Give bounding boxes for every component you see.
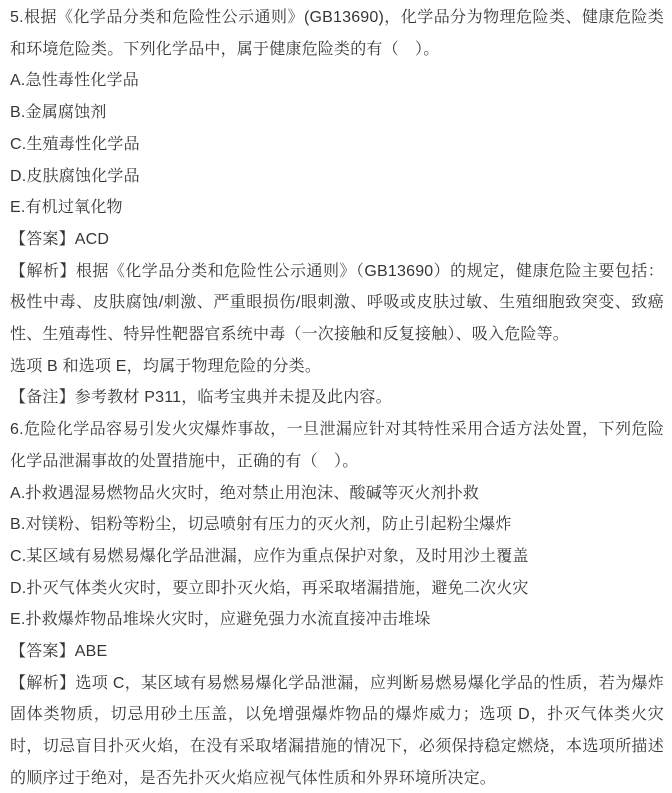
option-c: C.生殖毒性化学品: [10, 129, 664, 161]
option-a: A.急性毒性化学品: [10, 65, 664, 97]
answer-line: 【答案】ABE: [10, 636, 664, 668]
analysis-paragraph: 【解析】根据《化学品分类和危险性公示通则》（GB13690）的规定，健康危险主要…: [10, 256, 664, 351]
option-a: A.扑救遇湿易燃物品火灾时，绝对禁止用泡沫、酸碱等灭火剂扑救: [10, 478, 664, 510]
option-d: D.扑灭气体类火灾时，要立即扑灭火焰，再采取堵漏措施，避免二次火灾: [10, 573, 664, 605]
question-stem: 6.危险化学品容易引发火灾爆炸事故，一旦泄漏应针对其特性采用合适方法处置，下列危…: [10, 414, 664, 477]
analysis-paragraph: 【解析】选项 C，某区域有易燃易爆化学品泄漏，应判断易燃易爆化学品的性质，若为爆…: [10, 668, 664, 793]
question-block-6: 6.危险化学品容易引发火灾爆炸事故，一旦泄漏应针对其特性采用合适方法处置，下列危…: [10, 414, 664, 793]
option-b: B.对镁粉、铝粉等粉尘，切忌喷射有压力的灭火剂，防止引起粉尘爆炸: [10, 509, 664, 541]
option-d: D.皮肤腐蚀化学品: [10, 161, 664, 193]
question-block-5: 5.根据《化学品分类和危险性公示通则》(GB13690)，化学品分为物理危险类、…: [10, 2, 664, 414]
exam-document: 5.根据《化学品分类和危险性公示通则》(GB13690)，化学品分为物理危险类、…: [0, 0, 672, 793]
question-stem: 5.根据《化学品分类和危险性公示通则》(GB13690)，化学品分为物理危险类、…: [10, 2, 664, 65]
note-line: 【备注】参考教材 P311，临考宝典并未提及此内容。: [10, 382, 664, 414]
option-c: C.某区域有易燃易爆化学品泄漏，应作为重点保护对象，及时用沙土覆盖: [10, 541, 664, 573]
answer-line: 【答案】ACD: [10, 224, 664, 256]
option-e: E.有机过氧化物: [10, 192, 664, 224]
option-b: B.金属腐蚀剂: [10, 97, 664, 129]
analysis-supplement: 选项 B 和选项 E，均属于物理危险的分类。: [10, 351, 664, 383]
option-e: E.扑救爆炸物品堆垛火灾时，应避免强力水流直接冲击堆垛: [10, 604, 664, 636]
